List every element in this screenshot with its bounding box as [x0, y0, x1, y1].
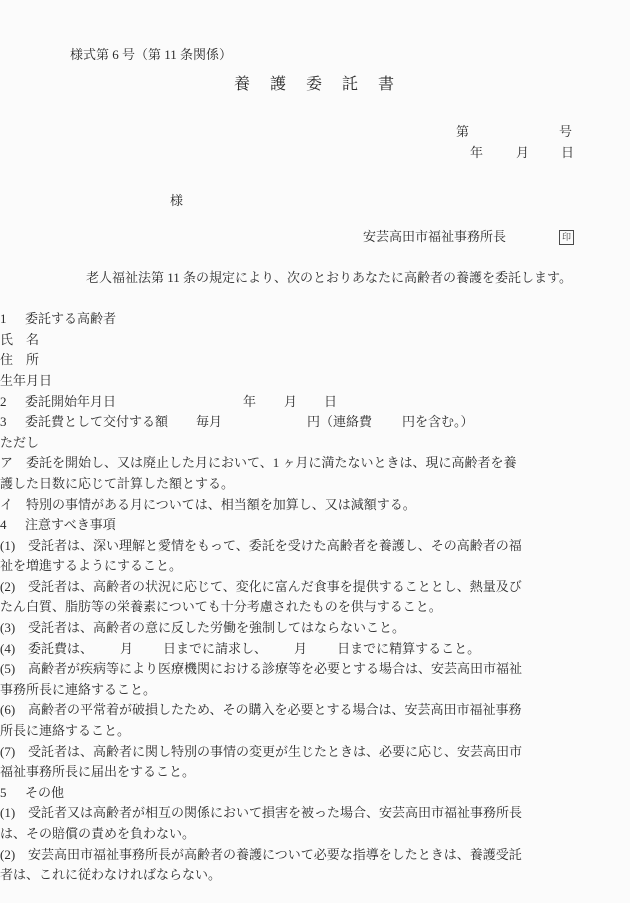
- clause-4-4-seg2: 日までに請求し、: [163, 641, 267, 656]
- section-1-number: 1: [0, 309, 25, 330]
- clause-5-1-text1: 受託者又は高齢者が相互の関係において損害を被った場合、安芸高田市福祉事務所長: [28, 805, 522, 820]
- section-4-number: 4: [0, 515, 25, 536]
- addressee-suffix: 様: [170, 193, 183, 208]
- clause-4-2-text1: 受託者は、高齢者の状況に応じて、変化に富んだ食事を提供することとし、熱量及び: [28, 579, 522, 594]
- date-year-blank: [483, 156, 516, 157]
- clause-4-1-line2: 祉を増進するようにすること。: [0, 556, 630, 577]
- clause-4-3-label: (3): [0, 618, 28, 639]
- clause-4-4-month1: 月: [120, 641, 133, 656]
- clause-4-3-line: (3)受託者は、高齢者の意に反した労働を強制してはならないこと。: [0, 618, 630, 639]
- item-a-line2: 護した日数に応じて計算した額とする。: [0, 474, 630, 495]
- section-2-heading: 2委託開始年月日年月日: [0, 392, 630, 413]
- field-name-label: 氏 名: [0, 330, 630, 351]
- section-4-title: 注意すべき事項: [25, 517, 116, 532]
- clause-4-5-text1: 高齢者が疾病等により医療機関における診療等を必要とする場合は、安芸高田市福祉: [28, 661, 522, 676]
- clause-list: 1委託する高齢者 氏 名 住 所 生年月日 2委託開始年月日年月日 3委託費とし…: [0, 309, 630, 886]
- seal-mark: 印: [559, 230, 574, 245]
- doc-number-prefix: 第: [456, 124, 469, 139]
- start-month-label: 月: [284, 394, 297, 409]
- clause-5-1-label: (1): [0, 803, 28, 824]
- fee-amount-blank: [222, 425, 307, 426]
- clause-4-2-label: (2): [0, 577, 28, 598]
- section-5-title: その他: [25, 785, 64, 800]
- clause-4-5-line2: 事務所長に連絡すること。: [0, 680, 630, 701]
- clause-4-6-line1: (6)高齢者の平常着が破損したため、その購入を必要とする場合は、安芸高田市福祉事…: [0, 700, 630, 721]
- clause-5-1-line1: (1)受託者又は高齢者が相互の関係において損害を被った場合、安芸高田市福祉事務所…: [0, 803, 630, 824]
- clause-4-6-text1: 高齢者の平常着が破損したため、その購入を必要とする場合は、安芸高田市福祉事務: [28, 702, 521, 717]
- claim-month-blank: [93, 652, 120, 653]
- item-i-label: イ: [0, 495, 26, 516]
- item-a-text1: 委託を開始し、又は廃止した月において、1 ヶ月に満たないときは、現に高齢者を養: [26, 455, 517, 470]
- clause-4-7-label: (7): [0, 742, 28, 763]
- item-i-line: イ特別の事情がある月については、相当額を加算し、又は減額する。: [0, 495, 630, 516]
- clause-5-1-line2: は、その賠償の責めを負わない。: [0, 824, 630, 845]
- section-2-number: 2: [0, 392, 25, 413]
- clause-5-2-line2: 者は、これに従わなければならない。: [0, 865, 630, 886]
- section-5-heading: 5その他: [0, 783, 630, 804]
- clause-4-2-line2: たん白質、脂肪等の栄養素についても十分考慮されたものを供与すること。: [0, 597, 630, 618]
- page-title: 養 護 委 託 書: [0, 75, 630, 96]
- clause-4-1-label: (1): [0, 536, 28, 557]
- start-year-label: 年: [243, 394, 256, 409]
- clause-4-4-line: (4)委託費は、月日までに請求し、月日までに精算すること。: [0, 639, 630, 660]
- section-1-heading: 1委託する高齢者: [0, 309, 630, 330]
- clause-4-6-label: (6): [0, 700, 28, 721]
- clause-4-5-line1: (5)高齢者が疾病等により医療機関における診療等を必要とする場合は、安芸高田市福…: [0, 659, 630, 680]
- clause-4-1-line1: (1)受託者は、深い理解と愛情をもって、委託を受けた高齢者を養護し、その高齢者の…: [0, 536, 630, 557]
- start-year-blank: [256, 405, 284, 406]
- issuer-gap: [506, 240, 559, 241]
- clause-4-4-seg3: 日までに精算すること。: [337, 641, 480, 656]
- section-4-heading: 4注意すべき事項: [0, 515, 630, 536]
- fee-yen-contact-label: 円（連絡費: [307, 414, 372, 429]
- section-3-title: 委託費として交付する額: [25, 414, 168, 429]
- clause-5-2-label: (2): [0, 845, 28, 866]
- date-month-blank: [529, 156, 561, 157]
- doc-number-suffix: 号: [559, 124, 572, 139]
- doc-number-blank: [469, 135, 559, 136]
- clause-4-7-text1: 受託者は、高齢者に関し特別の事情の変更が生じたときは、必要に応じ、安芸高田市: [28, 744, 522, 759]
- clause-5-2-text1: 安芸高田市福祉事務所長が高齢者の養護について必要な指導をしたときは、養護受託: [28, 847, 522, 862]
- start-date-blank: [116, 405, 243, 406]
- date-year-label: 年: [470, 145, 483, 160]
- settle-day-blank: [307, 652, 337, 653]
- section-1-title: 委託する高齢者: [25, 311, 116, 326]
- date-line: 年月日: [470, 143, 630, 164]
- field-address-label: 住 所: [0, 350, 630, 371]
- clause-4-1-text1: 受託者は、深い理解と愛情をもって、委託を受けた高齢者を養護し、その高齢者の福: [28, 538, 522, 553]
- item-i-text: 特別の事情がある月については、相当額を加算し、又は減額する。: [26, 497, 416, 512]
- intro-paragraph: 老人福祉法第 11 条の規定により、次のとおりあなたに高齢者の養護を委託します。: [72, 268, 630, 289]
- form-number: 様式第 6 号（第 11 条関係）: [70, 0, 630, 66]
- section-3-number: 3: [0, 412, 25, 433]
- clause-4-7-line2: 福祉事務所長に届出をすること。: [0, 762, 630, 783]
- clause-4-4-seg1: 委託費は、: [28, 641, 93, 656]
- section-3-heading: 3委託費として交付する額毎月円（連絡費円を含む。）: [0, 412, 630, 433]
- field-birthdate-label: 生年月日: [0, 371, 630, 392]
- settle-month-blank: [267, 652, 294, 653]
- addressee-line: 様: [170, 191, 630, 212]
- document-page: 様式第 6 号（第 11 条関係） 養 護 委 託 書 第号 年月日 様 安芸高…: [0, 0, 630, 903]
- clause-4-5-label: (5): [0, 659, 28, 680]
- clause-4-6-line2: 所長に連絡すること。: [0, 721, 630, 742]
- section-2-title: 委託開始年月日: [25, 394, 116, 409]
- issuer-title: 安芸高田市福祉事務所長: [363, 229, 506, 244]
- fee-gap: [168, 425, 196, 426]
- claim-day-blank: [133, 652, 163, 653]
- doc-number-line: 第号: [456, 122, 630, 143]
- clause-4-7-line1: (7)受託者は、高齢者に関し特別の事情の変更が生じたときは、必要に応じ、安芸高田…: [0, 742, 630, 763]
- item-a-line1: ア委託を開始し、又は廃止した月において、1 ヶ月に満たないときは、現に高齢者を養: [0, 453, 630, 474]
- item-a-label: ア: [0, 453, 26, 474]
- start-month-blank: [297, 405, 324, 406]
- proviso-label: ただし: [0, 433, 630, 454]
- clause-4-3-text: 受託者は、高齢者の意に反した労働を強制してはならないこと。: [28, 620, 405, 635]
- clause-4-4-month2: 月: [294, 641, 307, 656]
- fee-yen-include-label: 円を含む。）: [402, 414, 474, 429]
- fee-monthly-label: 毎月: [196, 414, 222, 429]
- date-month-label: 月: [516, 145, 529, 160]
- clause-4-4-label: (4): [0, 639, 28, 660]
- start-day-label: 日: [324, 394, 337, 409]
- clause-5-2-line1: (2)安芸高田市福祉事務所長が高齢者の養護について必要な指導をしたときは、養護受…: [0, 845, 630, 866]
- clause-4-2-line1: (2)受託者は、高齢者の状況に応じて、変化に富んだ食事を提供することとし、熱量及…: [0, 577, 630, 598]
- issuer-line: 安芸高田市福祉事務所長印: [363, 227, 630, 248]
- fee-contact-blank: [372, 425, 402, 426]
- section-5-number: 5: [0, 783, 25, 804]
- date-day-label: 日: [561, 145, 574, 160]
